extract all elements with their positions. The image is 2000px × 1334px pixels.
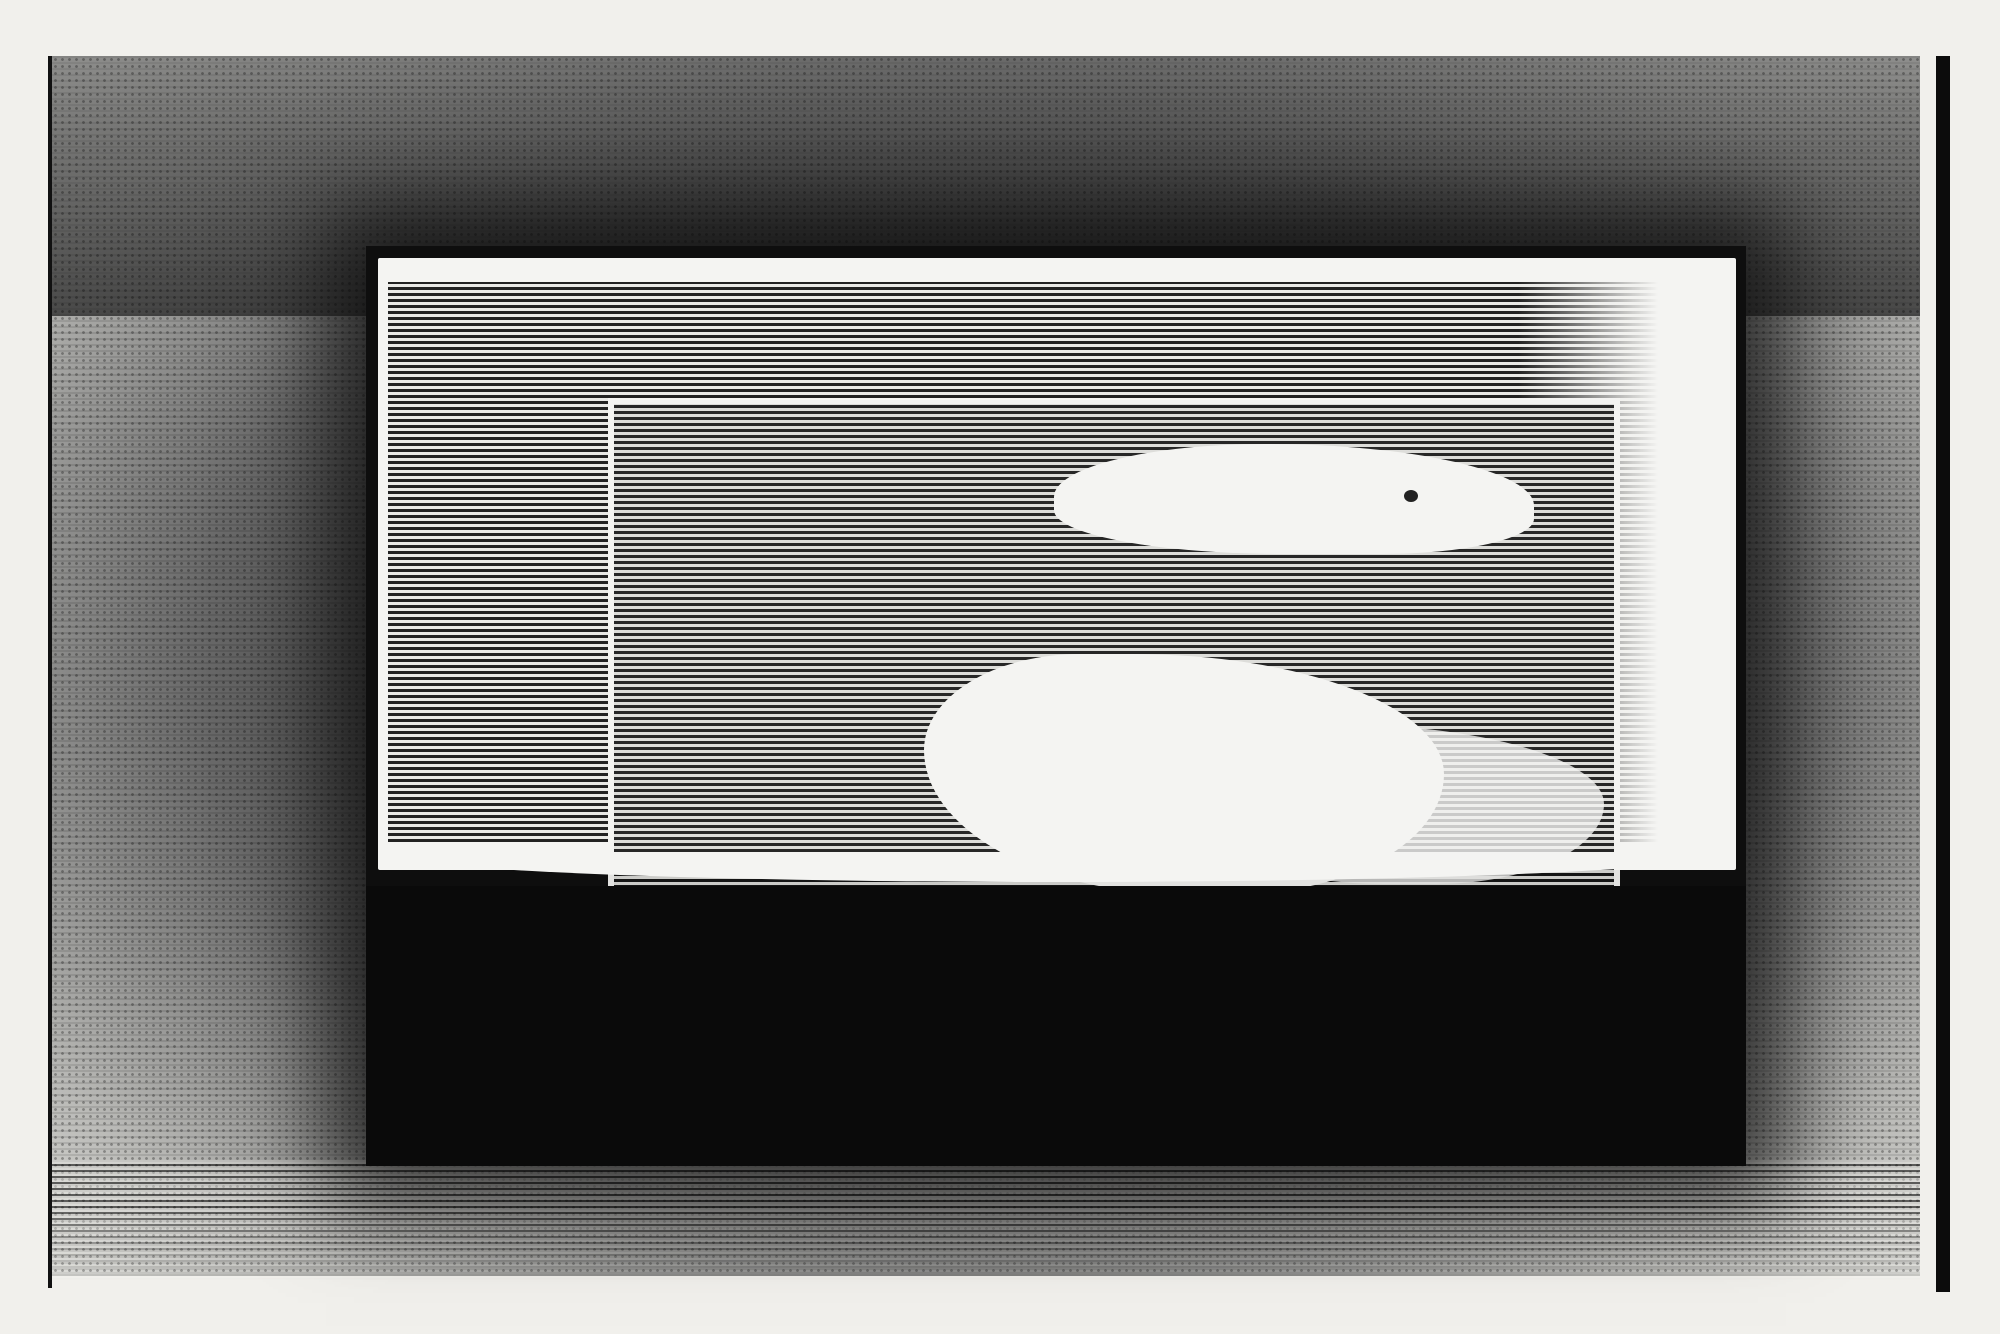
- figure-eye-dot: [1404, 490, 1418, 502]
- white-framed-screen: [378, 258, 1736, 870]
- scanline-field: [388, 282, 1718, 842]
- bottom-dither-fade: [52, 1160, 1920, 1280]
- solid-black-lower-block: [366, 886, 1746, 1166]
- inner-frame: [608, 398, 1620, 894]
- upper-pale-figure: [1054, 444, 1534, 554]
- dark-box: [366, 246, 1746, 1166]
- right-border-line: [1936, 56, 1950, 1292]
- left-border-line: [48, 56, 52, 1288]
